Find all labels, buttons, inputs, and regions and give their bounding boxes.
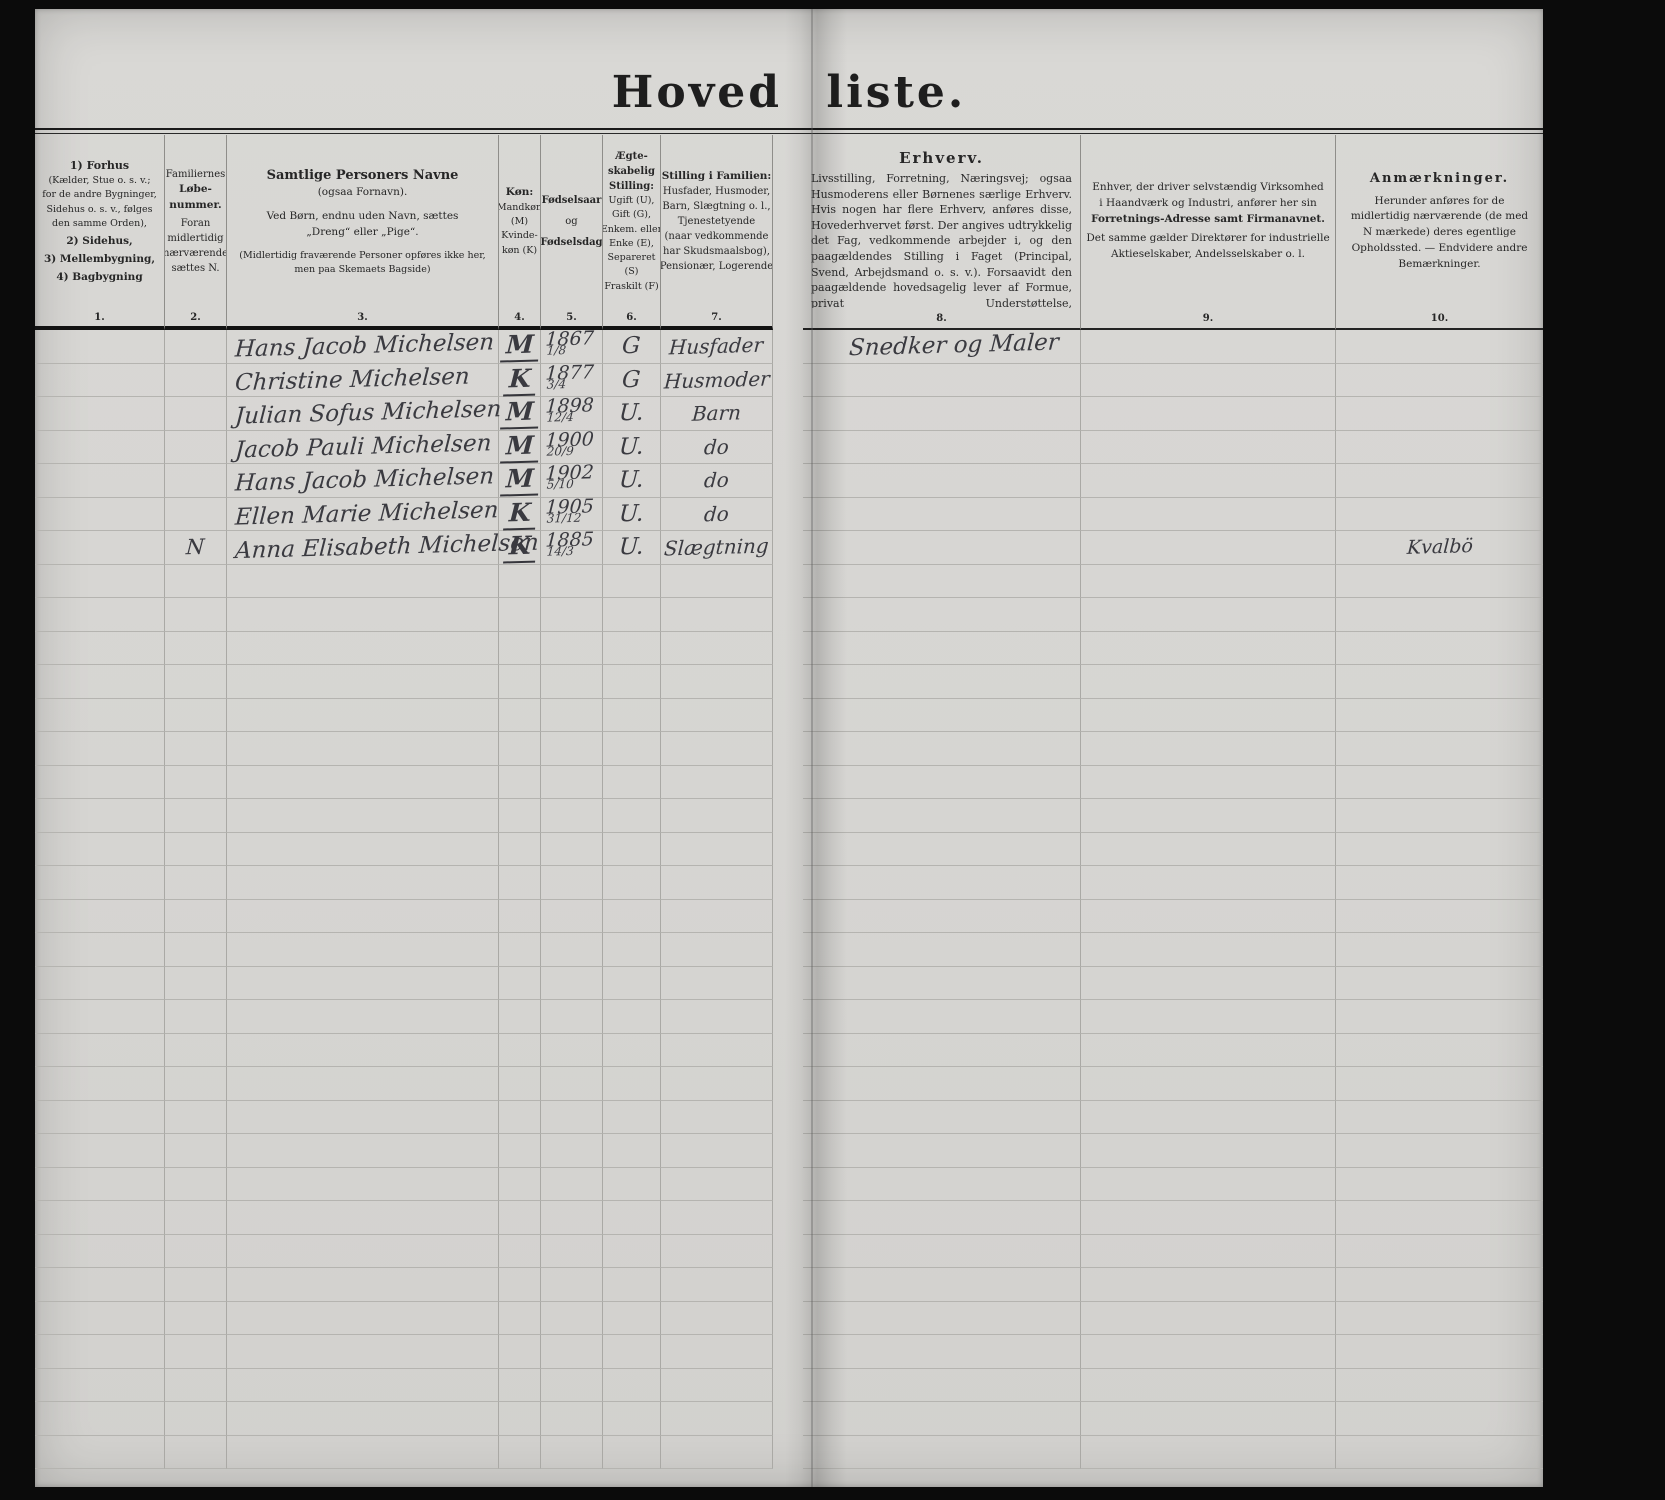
table-cell (1336, 1369, 1543, 1403)
cell-name-value: Christine Michelsen (226, 363, 470, 396)
table-cell (1336, 1436, 1543, 1470)
table-cell (661, 1402, 773, 1436)
column-number-7: 7. (661, 308, 773, 330)
gutter-cell (773, 1402, 803, 1436)
birth-day: 1/8 (546, 343, 593, 358)
table-cell (499, 1335, 541, 1369)
table-cell (1081, 1235, 1336, 1269)
cell-family-position: do (661, 431, 773, 465)
cell-building (35, 431, 165, 465)
table-cell (1081, 833, 1336, 867)
column-header-line: Tjenestetyende (678, 214, 755, 229)
cell-remarks (1336, 464, 1543, 498)
table-cell (1081, 900, 1336, 934)
cell-birth: 19025/10 (541, 464, 603, 498)
table-cell (1336, 766, 1543, 800)
table-cell (803, 1168, 1081, 1202)
column-header-line: Enke (E), (609, 237, 654, 251)
table-cell (227, 1101, 499, 1135)
table-cell (1081, 732, 1336, 766)
table-cell (1336, 1168, 1543, 1202)
column-header-line: Stilling i Familien: (662, 169, 772, 185)
table-cell (1336, 1402, 1543, 1436)
column-header-6: Ægte-skabeligStilling:Ugift (U),Gift (G)… (603, 135, 661, 308)
table-cell (603, 732, 661, 766)
table-cell (499, 699, 541, 733)
gutter-cell (773, 866, 803, 900)
table-cell (803, 1369, 1081, 1403)
table-cell (1081, 665, 1336, 699)
column-header-7: Stilling i Familien:Husfader, Husmoder,B… (661, 135, 773, 308)
cell-remarks (1336, 330, 1543, 364)
table-cell (165, 565, 227, 599)
table-cell (541, 699, 603, 733)
table-cell (541, 1369, 603, 1403)
table-cell (803, 1402, 1081, 1436)
column-header-line: for de andre Bygninger, (42, 188, 157, 202)
column-header-line: Køn: (506, 185, 533, 201)
cell-remarks (1336, 364, 1543, 398)
gutter-cell (773, 799, 803, 833)
gutter-cell (773, 967, 803, 1001)
birth-day: 3/4 (546, 376, 593, 391)
column-header-line: Bemærkninger. (1398, 257, 1480, 273)
table-cell (1081, 565, 1336, 599)
birth-year: 18671/8 (544, 328, 594, 365)
table-cell (603, 1369, 661, 1403)
table-cell (35, 799, 165, 833)
table-cell (541, 1067, 603, 1101)
table-cell (227, 1436, 499, 1470)
table-cell (1081, 1201, 1336, 1235)
table-cell (541, 900, 603, 934)
table-cell (227, 1235, 499, 1269)
gutter-cell (773, 900, 803, 934)
table-cell (227, 632, 499, 666)
column-header-line: Aktieselskaber, Andelsselskaber o. l. (1111, 247, 1305, 263)
cell-name: Hans Jacob Michelsen (227, 330, 499, 364)
cell-building (35, 330, 165, 364)
table-cell (227, 598, 499, 632)
table-cell (499, 933, 541, 967)
table-cell (1336, 1201, 1543, 1235)
page-title: Hoved liste. (35, 67, 1543, 118)
table-cell (1081, 1302, 1336, 1336)
cell-remarks: Kvalbö (1336, 531, 1543, 565)
table-cell (35, 1101, 165, 1135)
birth-day: 12/4 (546, 410, 593, 425)
table-cell (165, 1067, 227, 1101)
gutter-cell (773, 1000, 803, 1034)
table-cell (35, 1402, 165, 1436)
column-header-line: og (565, 214, 577, 229)
table-cell (1081, 1369, 1336, 1403)
column-header-line: 2) Sidehus, (66, 234, 132, 250)
table-cell (1336, 598, 1543, 632)
column-header-line: Mandkøn (499, 201, 541, 215)
table-cell (603, 1402, 661, 1436)
table-cell (227, 1000, 499, 1034)
birth-year: 19025/10 (544, 462, 594, 499)
column-header-line: N mærkede) deres egentlige (1363, 225, 1516, 241)
table-cell (541, 1335, 603, 1369)
column-header-line: Ægte- (615, 149, 647, 164)
table-cell (603, 565, 661, 599)
table-cell (165, 866, 227, 900)
table-cell (1336, 565, 1543, 599)
table-cell (499, 1369, 541, 1403)
cell-family-number (165, 431, 227, 465)
cell-name-value: Julian Sofus Michelsen (226, 396, 502, 430)
table-cell (165, 1369, 227, 1403)
table-cell (165, 1268, 227, 1302)
table-cell (603, 900, 661, 934)
table-cell (803, 1101, 1081, 1135)
column-header-line: midlertidig (167, 231, 223, 246)
birth-day: 14/3 (546, 544, 593, 559)
cell-civil-status-value: U. (618, 433, 644, 460)
table-cell (165, 1034, 227, 1068)
column-header-line: 4) Bagbygning (56, 270, 142, 286)
cell-name: Christine Michelsen (227, 364, 499, 398)
table-cell (1081, 598, 1336, 632)
birth-year: 189812/4 (544, 395, 594, 432)
table-cell (165, 1168, 227, 1202)
gutter-cell (773, 1134, 803, 1168)
table-cell (541, 1268, 603, 1302)
table-cell (541, 1402, 603, 1436)
table-cell (1081, 1067, 1336, 1101)
cell-civil-status: U. (603, 531, 661, 565)
cell-family-number (165, 397, 227, 431)
table-cell (227, 699, 499, 733)
table-cell (1081, 1335, 1336, 1369)
table-cell (661, 833, 773, 867)
table-cell (165, 933, 227, 967)
column-header-line: 1) Forhus (70, 158, 129, 175)
table-cell (661, 699, 773, 733)
table-cell (227, 1302, 499, 1336)
table-cell (35, 1302, 165, 1336)
table-cell (603, 1134, 661, 1168)
table-cell (499, 1302, 541, 1336)
column-header-line: Foran (181, 216, 211, 231)
cell-building (35, 464, 165, 498)
gutter-cell (773, 364, 803, 398)
table-cell (499, 866, 541, 900)
table-cell (227, 833, 499, 867)
table-cell (803, 1335, 1081, 1369)
table-cell (661, 632, 773, 666)
table-cell (603, 933, 661, 967)
column-header-line: Barn, Slægtning o. l., (662, 199, 770, 214)
column-header-line: sættes N. (171, 261, 219, 276)
table-cell (499, 665, 541, 699)
column-header-line: (ogsaa Fornavn). (318, 185, 408, 201)
cell-name: Anna Elisabeth Michelsen (227, 531, 499, 565)
cell-sex: K (499, 364, 541, 398)
table-cell (35, 1134, 165, 1168)
gutter-cell (773, 1369, 803, 1403)
table-cell (499, 833, 541, 867)
column-number-3: 3. (227, 308, 499, 330)
cell-occupation: Snedker og Maler (803, 330, 1081, 364)
cell-sex-value: M (500, 330, 540, 363)
gutter-cell (773, 732, 803, 766)
table-cell (35, 1067, 165, 1101)
column-header-line: i Haandværk og Industri, anfører her sin (1099, 196, 1316, 212)
table-cell (1336, 866, 1543, 900)
table-cell (227, 766, 499, 800)
cell-birth: 190531/12 (541, 498, 603, 532)
cell-birth: 18773/4 (541, 364, 603, 398)
cell-civil-status-value: G (622, 366, 642, 393)
table-cell (1081, 967, 1336, 1001)
table-cell (803, 1034, 1081, 1068)
table-cell (165, 1335, 227, 1369)
gutter-cell (773, 1201, 803, 1235)
table-cell (499, 565, 541, 599)
table-cell (165, 598, 227, 632)
table-cell (1336, 1302, 1543, 1336)
cell-building (35, 364, 165, 398)
table-cell (661, 598, 773, 632)
table-cell (541, 1235, 603, 1269)
table-cell (603, 665, 661, 699)
column-header-8: Erhverv.Livsstilling, Forretning, Næring… (803, 135, 1081, 308)
table-cell (603, 1101, 661, 1135)
cell-sex: M (499, 431, 541, 465)
table-cell (227, 665, 499, 699)
table-cell (1336, 799, 1543, 833)
table-cell (1336, 1034, 1543, 1068)
table-cell (35, 933, 165, 967)
table-cell (165, 665, 227, 699)
column-header-line: (S) (625, 265, 639, 279)
cell-family-position: Husfader (661, 330, 773, 364)
column-header-line: Pensionær, Logerende (661, 259, 773, 274)
table-cell (661, 1335, 773, 1369)
document-page: Hoved liste. 1) Forhus(Kælder, Stue o. s… (35, 9, 1543, 1487)
column-header-line: den samme Orden), (52, 217, 147, 231)
cell-name-value: Anna Elisabeth Michelsen (226, 530, 539, 565)
cell-business-address (1081, 531, 1336, 565)
cell-name: Julian Sofus Michelsen (227, 397, 499, 431)
cell-name: Ellen Marie Michelsen (227, 498, 499, 532)
table-cell (541, 933, 603, 967)
column-header-5: FødselsaarogFødselsdag (541, 135, 603, 308)
header-gutter (773, 135, 803, 308)
table-cell (803, 799, 1081, 833)
cell-building (35, 498, 165, 532)
table-cell (603, 967, 661, 1001)
column-header-line: „Dreng“ eller „Pige“. (306, 225, 418, 241)
table-cell (661, 1268, 773, 1302)
cell-civil-status: U. (603, 498, 661, 532)
table-cell (165, 833, 227, 867)
table-cell (1336, 900, 1543, 934)
table-cell (35, 1235, 165, 1269)
cell-building (35, 397, 165, 431)
gutter-cell (773, 766, 803, 800)
cell-occupation-value: Snedker og Maler (802, 330, 1059, 363)
gutter-cell (773, 531, 803, 565)
cell-occupation (803, 364, 1081, 398)
table-cell (1336, 1067, 1543, 1101)
table-cell (661, 866, 773, 900)
table-cell (35, 598, 165, 632)
column-header-line: Enhver, der driver selvstændig Virksomhe… (1092, 180, 1324, 196)
table-cell (35, 632, 165, 666)
table-cell (35, 967, 165, 1001)
cell-sex: M (499, 330, 541, 364)
table-cell (603, 833, 661, 867)
column-header-line: Fraskilt (F) (604, 280, 658, 294)
column-header-line: har Skudsmaalsbog), (663, 244, 770, 259)
table-cell (165, 1436, 227, 1470)
cell-sex: M (499, 397, 541, 431)
table-cell (35, 565, 165, 599)
column-number-9: 9. (1081, 308, 1336, 330)
table-cell (541, 565, 603, 599)
gutter-cell (773, 1034, 803, 1068)
gutter-cell (773, 933, 803, 967)
column-header-line: (M) (511, 215, 528, 229)
table-cell (661, 799, 773, 833)
table-cell (803, 565, 1081, 599)
table-cell (499, 732, 541, 766)
column-header-line: (naar vedkommende (665, 229, 769, 244)
cell-remarks (1336, 498, 1543, 532)
cell-occupation (803, 464, 1081, 498)
table-cell (227, 1369, 499, 1403)
table-cell (803, 833, 1081, 867)
table-cell (803, 632, 1081, 666)
table-cell (165, 900, 227, 934)
column-header-line: Det samme gælder Direktører for industri… (1086, 231, 1329, 247)
table-cell (661, 1201, 773, 1235)
column-header-line: nummer. (169, 198, 221, 214)
table-cell (499, 766, 541, 800)
table-cell (661, 1302, 773, 1336)
table-cell (499, 1268, 541, 1302)
column-header-line: Opholdssted. — Endvidere andre (1352, 241, 1528, 257)
table-cell (35, 665, 165, 699)
table-cell (603, 1000, 661, 1034)
table-cell (35, 900, 165, 934)
table-cell (35, 1369, 165, 1403)
table-cell (1336, 665, 1543, 699)
column-header-line: Forretnings-Adresse samt Firmanavnet. (1091, 212, 1325, 228)
cell-family-position: Husmoder (661, 364, 773, 398)
table-cell (803, 1067, 1081, 1101)
column-header-line: Ved Børn, endnu uden Navn, sættes (267, 209, 459, 225)
table-cell (803, 967, 1081, 1001)
table-cell (227, 565, 499, 599)
gutter-cell (773, 565, 803, 599)
column-number-6: 6. (603, 308, 661, 330)
table-cell (165, 1201, 227, 1235)
cell-remarks-value: Kvalbö (1406, 535, 1473, 559)
table-cell (603, 1268, 661, 1302)
table-cell (1336, 632, 1543, 666)
table-cell (227, 967, 499, 1001)
column-header-line: Stilling: (609, 179, 654, 194)
table-cell (661, 732, 773, 766)
table-cell (1336, 933, 1543, 967)
table-cell (165, 1402, 227, 1436)
table-cell (1336, 1235, 1543, 1269)
column-number-4: 4. (499, 308, 541, 330)
table-cell (1081, 1268, 1336, 1302)
table-cell (1081, 766, 1336, 800)
table-cell (499, 1436, 541, 1470)
table-cell (1336, 1000, 1543, 1034)
cell-civil-status-value: U. (618, 467, 644, 494)
table-cell (541, 833, 603, 867)
column-header-line: Gift (G), (612, 208, 651, 222)
cell-occupation (803, 431, 1081, 465)
cell-civil-status-value: U. (618, 500, 644, 527)
cell-sex-value: K (503, 497, 537, 530)
gutter-cell (773, 330, 803, 364)
cell-birth: 190020/9 (541, 431, 603, 465)
column-header-line: Ugift (U), (609, 194, 655, 208)
gutter-cell (773, 1302, 803, 1336)
table-cell (499, 632, 541, 666)
table-cell (541, 1101, 603, 1135)
birth-year: 18773/4 (544, 361, 594, 398)
cell-family-position: Slægtning (661, 531, 773, 565)
column-number-1: 1. (35, 308, 165, 330)
table-cell (1081, 1034, 1336, 1068)
table-cell (165, 967, 227, 1001)
number-gutter (773, 308, 803, 330)
table-cell (35, 1335, 165, 1369)
table-cell (165, 732, 227, 766)
table-cell (227, 1335, 499, 1369)
table-cell (1081, 1168, 1336, 1202)
cell-civil-status-value: G (622, 333, 642, 360)
table-cell (1081, 1436, 1336, 1470)
table-cell (803, 1201, 1081, 1235)
column-header-line: Sidehus o. s. v., følges (46, 203, 152, 217)
cell-birth: 189812/4 (541, 397, 603, 431)
cell-civil-status: G (603, 330, 661, 364)
cell-name-value: Jacob Pauli Michelsen (226, 430, 492, 463)
cell-sex: K (499, 531, 541, 565)
cell-remarks (1336, 397, 1543, 431)
cell-occupation (803, 531, 1081, 565)
cell-civil-status: U. (603, 397, 661, 431)
cell-business-address (1081, 397, 1336, 431)
table-cell (803, 732, 1081, 766)
cell-family-position-value: Husfader (669, 333, 765, 360)
table-cell (35, 833, 165, 867)
cell-sex: K (499, 498, 541, 532)
cell-business-address (1081, 498, 1336, 532)
column-header-line: Familiernes (166, 167, 226, 182)
cell-name-value: Hans Jacob Michelsen (226, 463, 495, 497)
column-header-title: Anmærkninger. (1370, 171, 1509, 186)
cell-name: Hans Jacob Michelsen (227, 464, 499, 498)
table-cell (603, 1168, 661, 1202)
table-cell (227, 1402, 499, 1436)
cell-family-position: do (661, 464, 773, 498)
cell-sex-value: K (503, 531, 537, 564)
table-cell (35, 732, 165, 766)
column-header-line: (Kælder, Stue o. s. v.; (48, 174, 150, 188)
